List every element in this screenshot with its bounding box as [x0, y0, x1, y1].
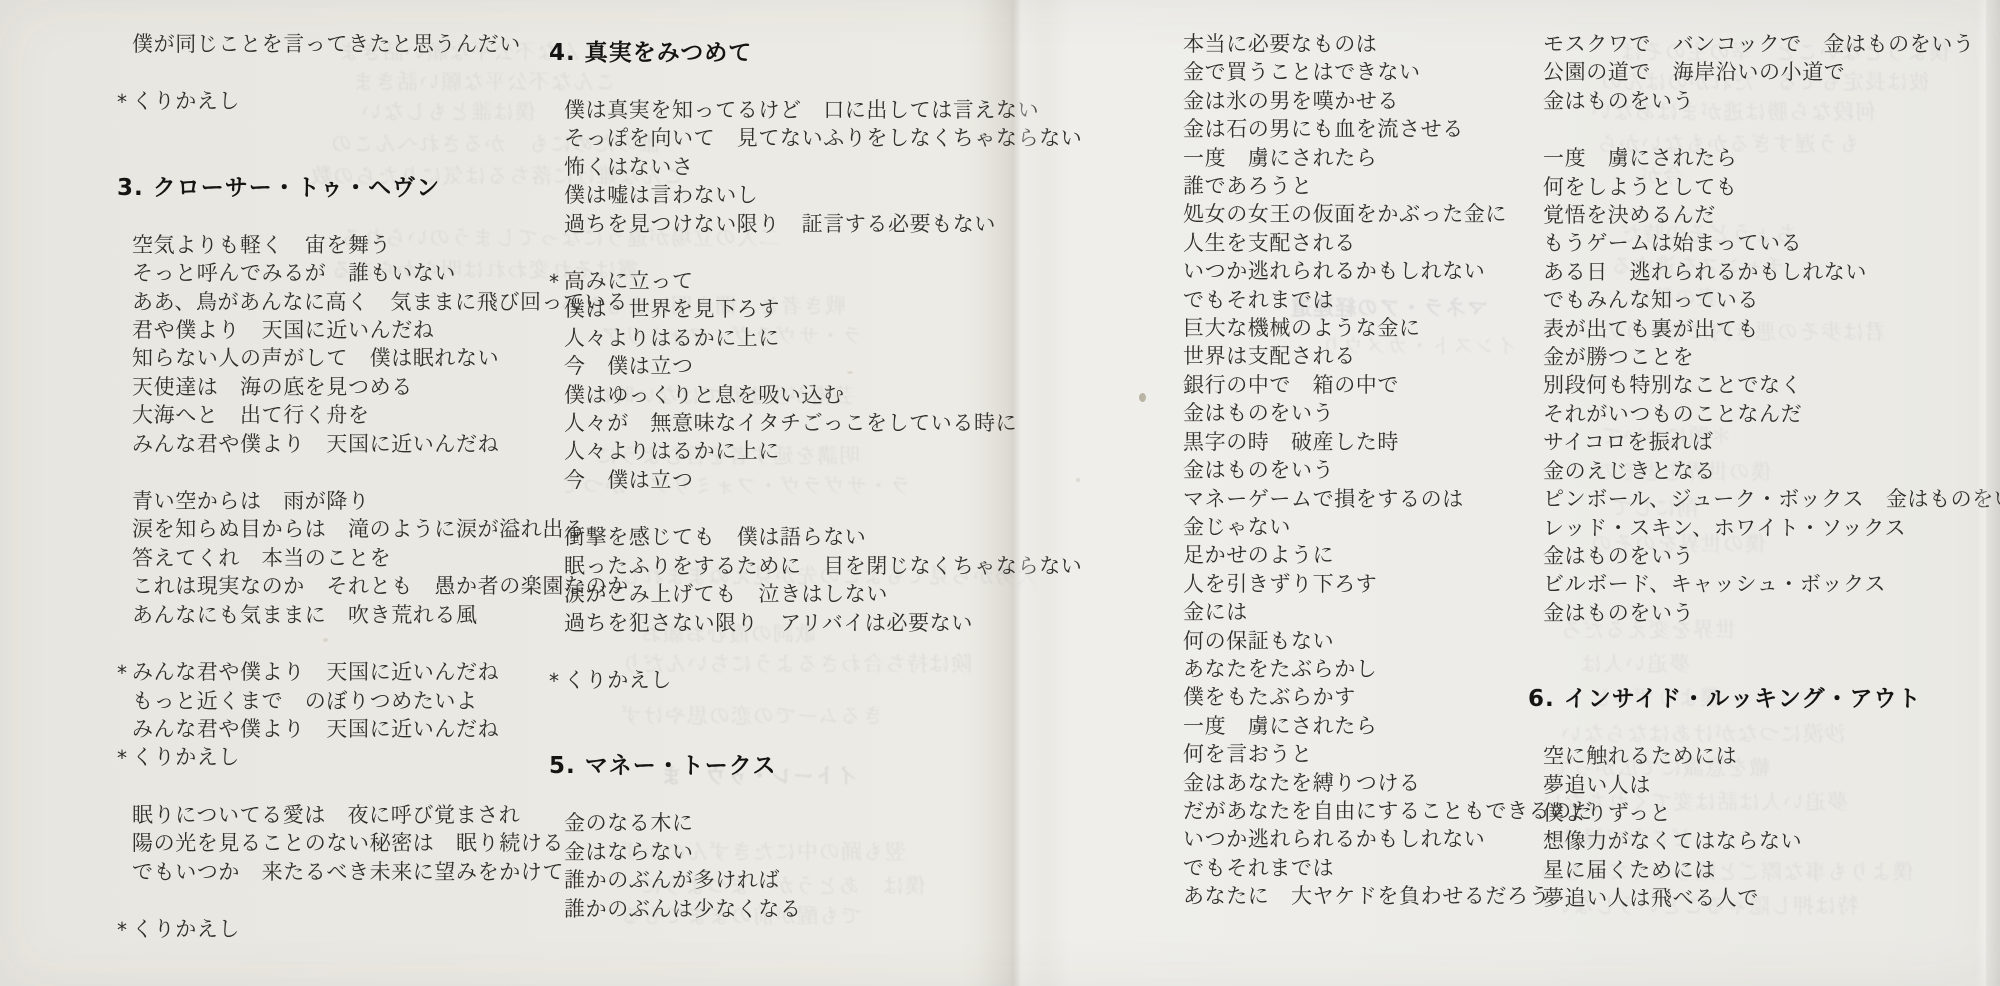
- lyric-text: 過ちを犯さない限り アリバイは必要ない: [564, 611, 973, 635]
- lyric-stanza: *くりかえし: [117, 87, 567, 115]
- lyric-line: サイコロを振れば: [1528, 428, 1993, 456]
- lyric-text: 処女の女王の仮面をかぶった金に: [1183, 202, 1507, 226]
- lyric-line: 本当に必要なものは: [1168, 30, 1558, 58]
- lyric-line: いつか逃れられるかもしれない: [1168, 257, 1558, 285]
- lyric-line: 夢追い人は飛べる人で: [1528, 884, 1993, 912]
- lyric-text: 人々よりはるかに上に: [564, 326, 780, 350]
- lyric-text: 涙がこみ上げても 泣きはしない: [564, 582, 888, 606]
- lyric-line: *くりかえし: [117, 87, 567, 115]
- lyric-text: くりかえし: [132, 89, 240, 113]
- repeat-marker: *: [549, 667, 560, 695]
- lyric-text: 答えてくれ 本当のことを: [132, 546, 391, 570]
- lyric-line: でもそれまでは: [1168, 286, 1558, 314]
- lyric-line: 何の保証もない: [1168, 627, 1558, 655]
- lyric-line: 誰かのぶんは少なくなる: [549, 895, 1019, 923]
- lyric-line: レッド・スキン、ホワイト・ソックス: [1528, 514, 1993, 542]
- lyric-line: 金は氷の男を嘆かせる: [1168, 87, 1558, 115]
- lyric-text: 夢追い人は: [1543, 773, 1651, 797]
- lyric-line: *みんな君や僕より 天国に近いんだね: [117, 658, 567, 686]
- lyric-line: あんなにも気ままに 吹き荒れる風: [117, 601, 567, 629]
- lyric-line: 金は石の男にも血を流させる: [1168, 115, 1558, 143]
- lyric-text: 僕はゆっくりと息を吸い込む: [564, 383, 845, 407]
- lyric-line: 答えてくれ 本当のことを: [117, 544, 567, 572]
- lyric-line: 大海へと 出て行く舟を: [117, 401, 567, 429]
- lyric-line: *くりかえし: [117, 915, 567, 943]
- repeat-marker: *: [117, 659, 128, 687]
- lyric-text: 銀行の中で 箱の中で: [1183, 373, 1399, 397]
- lyric-stanza: 僕は真実を知ってるけど 口に出しては言えないそっぽを向いて 見てないふりをしなく…: [549, 96, 1019, 238]
- lyric-line: 金はものをいう: [1168, 399, 1558, 427]
- lyric-text: 想像力がなくてはならない: [1543, 829, 1802, 853]
- lyric-line: 誰かのぶんが多ければ: [549, 866, 1019, 894]
- lyric-text: 空に触れるためには: [1543, 744, 1737, 768]
- lyric-text: 金のなる木に: [564, 811, 694, 835]
- lyric-text: 衝撃を感じても 僕は語らない: [564, 525, 866, 549]
- lyric-line: *くりかえし: [117, 743, 567, 771]
- lyric-text: ビルボード、キャッシュ・ボックス: [1543, 572, 1886, 596]
- lyric-line: 金はものをいう: [1528, 542, 1993, 570]
- lyric-line: あなたをたぶらかし: [1168, 655, 1558, 683]
- lyric-stanza: 金のなる木に金はならない誰かのぶんが多ければ誰かのぶんは少なくなる: [549, 809, 1019, 923]
- repeat-marker: *: [117, 744, 128, 772]
- lyric-line: ああ、鳥があんなに高く 気ままに飛び回っている: [117, 288, 567, 316]
- lyric-text: 君や僕より 天国に近いんだね: [132, 318, 434, 342]
- lyric-line: 誰であろうと: [1168, 172, 1558, 200]
- track-title: 6. インサイド・ルッキング・アウト: [1528, 656, 1993, 742]
- lyric-line: そっと呼んでみるが 誰もいない: [117, 259, 567, 287]
- lyric-text: 金はものをいう: [1183, 401, 1334, 425]
- lyric-text: 本当に必要なものは: [1183, 32, 1377, 56]
- lyric-stanza: 青い空からは 雨が降り涙を知らぬ目からは 滝のように涙が溢れ出る答えてくれ 本当…: [117, 487, 567, 629]
- lyric-text: 今 僕は立つ: [564, 354, 694, 378]
- lyric-text: もっと近くまで のぼりつめたいよ: [132, 689, 478, 713]
- lyric-line: 空気よりも軽く 宙を舞う: [117, 231, 567, 259]
- lyric-line: 知らない人の声がして 僕は眠れない: [117, 344, 567, 372]
- lyric-text: 僕をもたぶらかす: [1183, 685, 1356, 709]
- lyric-text: みんな君や僕より 天国に近いんだね: [132, 432, 499, 456]
- lyric-text: 黒字の時 破産した時: [1183, 430, 1399, 454]
- lyric-text: ピンボール、ジューク・ボックス 金はものをいう: [1543, 487, 2000, 511]
- lyric-line: 金には: [1168, 598, 1558, 626]
- lyric-text: 知らない人の声がして 僕は眠れない: [132, 346, 499, 370]
- lyric-line: 星に届くためには: [1528, 856, 1993, 884]
- lyric-line: みんな君や僕より 天国に近いんだね: [117, 715, 567, 743]
- lyric-line: 人々よりはるかに上に: [549, 437, 1019, 465]
- lyric-text: そっと呼んでみるが 誰もいない: [132, 261, 456, 285]
- lyric-stanza: モスクワで バンコックで 金はものをいう公園の道で 海岸沿いの小道で金はものをい…: [1528, 30, 1993, 115]
- lyric-text: 人々が 無意味なイタチごっこをしている時に: [564, 411, 1017, 435]
- lyric-text: 夢追い人は飛べる人で: [1543, 886, 1759, 910]
- lyric-line: 眠ったふりをするために 目を閉じなくちゃならない: [549, 552, 1019, 580]
- lyric-text: もうゲームは始まっている: [1543, 231, 1802, 255]
- lyric-text: 眠ったふりをするために 目を閉じなくちゃならない: [564, 554, 1082, 578]
- lyric-line: 空に触れるためには: [1528, 742, 1993, 770]
- lyric-line: 金はものをいう: [1168, 456, 1558, 484]
- lyric-text: 公園の道で 海岸沿いの小道で: [1543, 60, 1845, 84]
- lyric-line: そっぽを向いて 見てないふりをしなくちゃならない: [549, 124, 1019, 152]
- lyric-line: 僕はゆっくりと息を吸い込む: [549, 381, 1019, 409]
- lyric-line: 別段何も特別なことでなく: [1528, 371, 1993, 399]
- lyric-text: 金じゃない: [1183, 515, 1291, 539]
- lyric-line: 世界は支配される: [1168, 342, 1558, 370]
- lyric-line: 人生を支配される: [1168, 229, 1558, 257]
- lyric-text: 巨大な機械のような金に: [1183, 316, 1421, 340]
- lyric-stanza: 本当に必要なものは金で買うことはできない金は氷の男を嘆かせる金は石の男にも血を流…: [1168, 30, 1558, 911]
- lyric-text: 誰かのぶんは少なくなる: [564, 897, 802, 921]
- lyric-line: 金はものをいう: [1528, 599, 1993, 627]
- lyrics-column-1: 僕が同じことを言ってきたと思うんだい*くりかえし3. クローサー・トゥ・ヘヴン空…: [117, 30, 567, 972]
- lyric-line: これは現実なのか それとも 愚か者の楽園なのか: [117, 572, 567, 600]
- lyric-line: 青い空からは 雨が降り: [117, 487, 567, 515]
- lyric-line: でもみんな知っている: [1528, 286, 1993, 314]
- lyric-text: レッド・スキン、ホワイト・ソックス: [1543, 516, 1906, 540]
- lyric-text: モスクワで バンコックで 金はものをいう: [1543, 32, 1975, 56]
- lyric-text: 過ちを見つけない限り 証言する必要もない: [564, 212, 996, 236]
- lyric-text: あなたをたぶらかし: [1183, 657, 1377, 681]
- lyric-text: くりかえし: [132, 745, 240, 769]
- lyric-line: マネーゲームで損をするのは: [1168, 485, 1558, 513]
- lyric-text: 僕は 世界を見下ろす: [564, 297, 780, 321]
- lyric-text: マネーゲームで損をするのは: [1183, 487, 1464, 511]
- lyric-line: 金のなる木に: [549, 809, 1019, 837]
- repeat-marker: *: [549, 268, 560, 296]
- lyric-text: 別段何も特別なことでなく: [1543, 373, 1802, 397]
- lyric-line: ある日 逃れられるかもしれない: [1528, 258, 1993, 286]
- lyric-line: ビルボード、キャッシュ・ボックス: [1528, 570, 1993, 598]
- lyric-text: 何をしようとしても: [1543, 175, 1737, 199]
- lyric-line: *くりかえし: [549, 666, 1019, 694]
- lyrics-column-4: モスクワで バンコックで 金はものをいう公園の道で 海岸沿いの小道で金はものをい…: [1528, 30, 1993, 942]
- lyric-text: 金はならない: [564, 840, 694, 864]
- lyric-line: それがいつものことなんだ: [1528, 400, 1993, 428]
- lyric-line: でもいつか 来たるべき未来に望みをかけて: [117, 858, 567, 886]
- lyric-line: 処女の女王の仮面をかぶった金に: [1168, 200, 1558, 228]
- lyric-text: いつか逃れられるかもしれない: [1183, 259, 1485, 283]
- lyric-text: 世界は支配される: [1183, 344, 1356, 368]
- lyric-text: 僕が同じことを言ってきたと思うんだい: [132, 32, 521, 56]
- lyric-line: 金で買うことはできない: [1168, 58, 1558, 86]
- lyric-stanza: *くりかえし: [549, 666, 1019, 694]
- lyric-line: 君や僕より 天国に近いんだね: [117, 316, 567, 344]
- lyric-line: 僕をもたぶらかす: [1168, 683, 1558, 711]
- lyric-line: 金はならない: [549, 838, 1019, 866]
- lyric-text: あんなにも気ままに 吹き荒れる風: [132, 603, 478, 627]
- lyric-line: 公園の道で 海岸沿いの小道で: [1528, 58, 1993, 86]
- lyric-text: 高みに立って: [564, 269, 694, 293]
- lyric-stanza: 空に触れるためには夢追い人は僕よりずっと想像力がなくてはならない星に届くためには…: [1528, 742, 1993, 912]
- lyric-line: モスクワで バンコックで 金はものをいう: [1528, 30, 1993, 58]
- lyric-text: 何を言おうと: [1183, 742, 1313, 766]
- lyric-line: 金はあなたを縛りつける: [1168, 769, 1558, 797]
- lyric-text: 涙を知らぬ目からは 滝のように涙が溢れ出る: [132, 517, 586, 541]
- lyric-line: 僕は 世界を見下ろす: [549, 295, 1019, 323]
- repeat-marker: *: [117, 916, 128, 944]
- lyric-text: くりかえし: [564, 668, 672, 692]
- lyric-line: 人を引きずり下ろす: [1168, 570, 1558, 598]
- lyric-text: みんな君や僕より 天国に近いんだね: [132, 717, 499, 741]
- lyric-text: 何の保証もない: [1183, 629, 1334, 653]
- lyric-line: 表が出ても裏が出ても: [1528, 315, 1993, 343]
- lyric-text: 怖くはないさ: [564, 155, 694, 179]
- lyric-line: 金じゃない: [1168, 513, 1558, 541]
- lyric-text: そっぽを向いて 見てないふりをしなくちゃならない: [564, 126, 1082, 150]
- lyric-line: 覚悟を決めるんだ: [1528, 201, 1993, 229]
- lyric-stanza: *高みに立って僕は 世界を見下ろす人々よりはるかに上に今 僕は立つ僕はゆっくりと…: [549, 267, 1019, 494]
- lyric-line: 金はものをいう: [1528, 87, 1993, 115]
- lyric-text: 人生を支配される: [1183, 231, 1356, 255]
- booklet-spread: こんな不公平な願い話きまこんな不公平な願い話きま僕は誰ともしない誰のためにも か…: [0, 0, 2000, 986]
- lyric-text: 青い空からは 雨が降り: [132, 489, 370, 513]
- lyric-text: 一度 虜にされたら: [1543, 146, 1737, 170]
- lyric-text: いつか逃れられるかもしれない: [1183, 827, 1485, 851]
- lyric-text: 一度 虜にされたら: [1183, 714, 1377, 738]
- lyric-line: 金が勝つことを: [1528, 343, 1993, 371]
- lyric-text: あなたに 大ヤケドを負わせるだろう: [1183, 884, 1550, 908]
- lyric-stanza: 衝撃を感じても 僕は語らない眠ったふりをするために 目を閉じなくちゃならない涙が…: [549, 523, 1019, 637]
- lyric-text: でもみんな知っている: [1543, 288, 1759, 312]
- lyric-text: 僕は真実を知ってるけど 口に出しては言えない: [564, 98, 1039, 122]
- lyric-line: ピンボール、ジューク・ボックス 金はものをいう: [1528, 485, 1993, 513]
- lyric-line: 涙を知らぬ目からは 滝のように涙が溢れ出る: [117, 515, 567, 543]
- lyric-text: 眠りについてる愛は 夜に呼び覚まされ: [132, 803, 520, 827]
- lyric-line: みんな君や僕より 天国に近いんだね: [117, 430, 567, 458]
- lyric-line: 一度 虜にされたら: [1168, 712, 1558, 740]
- lyric-text: でもそれまでは: [1183, 856, 1334, 880]
- lyric-line: 今 僕は立つ: [549, 352, 1019, 380]
- lyric-line: 涙がこみ上げても 泣きはしない: [549, 580, 1019, 608]
- lyric-text: みんな君や僕より 天国に近いんだね: [132, 660, 499, 684]
- lyric-line: 人々が 無意味なイタチごっこをしている時に: [549, 409, 1019, 437]
- lyric-text: 金はものをいう: [1543, 601, 1694, 625]
- lyric-line: 今 僕は立つ: [549, 466, 1019, 494]
- lyric-line: 僕は真実を知ってるけど 口に出しては言えない: [549, 96, 1019, 124]
- lyric-text: 星に届くためには: [1543, 858, 1716, 882]
- lyric-line: 金のえじきとなる: [1528, 457, 1993, 485]
- lyric-line: 黒字の時 破産した時: [1168, 428, 1558, 456]
- lyric-text: 金が勝つことを: [1543, 345, 1694, 369]
- lyric-line: 過ちを見つけない限り 証言する必要もない: [549, 210, 1019, 238]
- lyric-text: でもいつか 来たるべき未来に望みをかけて: [132, 860, 564, 884]
- lyric-stanza: *くりかえし: [117, 915, 567, 943]
- lyric-line: だがあなたを自由にすることもできるのだ: [1168, 797, 1558, 825]
- lyric-line: *高みに立って: [549, 267, 1019, 295]
- lyric-text: 陽の光を見ることのない秘密は 眠り続ける: [132, 831, 564, 855]
- lyric-line: もうゲームは始まっている: [1528, 229, 1993, 257]
- lyrics-column-3: 本当に必要なものは金で買うことはできない金は氷の男を嘆かせる金は石の男にも血を流…: [1168, 30, 1558, 940]
- lyric-text: 僕よりずっと: [1543, 801, 1671, 825]
- lyric-text: 金はものをいう: [1543, 544, 1694, 568]
- lyric-line: 僕よりずっと: [1528, 799, 1993, 827]
- lyric-text: 一度 虜にされたら: [1183, 146, 1377, 170]
- lyric-text: 僕は嘘は言わないし: [564, 183, 758, 207]
- track-title: 5. マネー・トークス: [549, 723, 1019, 809]
- lyric-line: 銀行の中で 箱の中で: [1168, 371, 1558, 399]
- repeat-marker: *: [117, 88, 128, 116]
- lyric-text: 天使達は 海の底を見つめる: [132, 375, 413, 399]
- lyric-stanza: *みんな君や僕より 天国に近いんだねもっと近くまで のぼりつめたいよみんな君や僕…: [117, 658, 567, 772]
- lyric-text: 誰かのぶんが多ければ: [564, 868, 780, 892]
- lyric-text: 人を引きずり下ろす: [1183, 572, 1377, 596]
- lyric-line: 想像力がなくてはならない: [1528, 827, 1993, 855]
- lyric-line: 何を言おうと: [1168, 740, 1558, 768]
- lyric-line: いつか逃れられるかもしれない: [1168, 825, 1558, 853]
- lyric-text: 人々よりはるかに上に: [564, 439, 780, 463]
- lyric-text: 金には: [1183, 600, 1248, 624]
- lyric-text: ある日 逃れられるかもしれない: [1543, 260, 1867, 284]
- lyric-text: 金で買うことはできない: [1183, 60, 1421, 84]
- lyric-text: でもそれまでは: [1183, 288, 1334, 312]
- lyric-line: 天使達は 海の底を見つめる: [117, 373, 567, 401]
- lyrics-column-2: 4. 真実をみつめて僕は真実を知ってるけど 口に出しては言えないそっぽを向いて …: [549, 38, 1019, 952]
- lyric-line: 僕が同じことを言ってきたと思うんだい: [117, 30, 567, 58]
- lyric-line: でもそれまでは: [1168, 854, 1558, 882]
- lyric-text: 今 僕は立つ: [564, 468, 694, 492]
- lyric-text: それがいつものことなんだ: [1543, 402, 1802, 426]
- lyric-line: 衝撃を感じても 僕は語らない: [549, 523, 1019, 551]
- lyric-text: 金はものをいう: [1543, 89, 1694, 113]
- lyric-text: 金は氷の男を嘆かせる: [1183, 89, 1399, 113]
- lyric-line: 怖くはないさ: [549, 153, 1019, 181]
- lyric-text: サイコロを振れば: [1543, 430, 1714, 454]
- lyric-line: 足かせのように: [1168, 541, 1558, 569]
- lyric-line: 人々よりはるかに上に: [549, 324, 1019, 352]
- lyric-line: 一度 虜にされたら: [1168, 144, 1558, 172]
- lyric-text: 金のえじきとなる: [1543, 459, 1716, 483]
- lyric-line: 何をしようとしても: [1528, 173, 1993, 201]
- lyric-line: あなたに 大ヤケドを負わせるだろう: [1168, 882, 1558, 910]
- lyric-text: 足かせのように: [1183, 543, 1334, 567]
- lyric-line: 一度 虜にされたら: [1528, 144, 1993, 172]
- track-title: 4. 真実をみつめて: [549, 38, 1019, 96]
- lyric-text: 空気よりも軽く 宙を舞う: [132, 233, 391, 257]
- lyric-line: 陽の光を見ることのない秘密は 眠り続ける: [117, 829, 567, 857]
- lyric-line: 僕は嘘は言わないし: [549, 181, 1019, 209]
- lyric-line: 過ちを犯さない限り アリバイは必要ない: [549, 609, 1019, 637]
- track-title: 3. クローサー・トゥ・ヘヴン: [117, 145, 567, 231]
- lyric-line: 眠りについてる愛は 夜に呼び覚まされ: [117, 801, 567, 829]
- lyric-text: 表が出ても裏が出ても: [1543, 317, 1759, 341]
- lyric-text: 金は石の男にも血を流させる: [1183, 117, 1464, 141]
- lyric-line: 巨大な機械のような金に: [1168, 314, 1558, 342]
- lyric-stanza: 眠りについてる愛は 夜に呼び覚まされ陽の光を見ることのない秘密は 眠り続けるでも…: [117, 801, 567, 886]
- lyric-text: 誰であろうと: [1183, 174, 1313, 198]
- lyric-stanza: 僕が同じことを言ってきたと思うんだい: [117, 30, 567, 58]
- lyric-stanza: 一度 虜にされたら何をしようとしても覚悟を決めるんだもうゲームは始まっているある…: [1528, 144, 1993, 627]
- lyric-text: 大海へと 出て行く舟を: [132, 403, 370, 427]
- lyric-stanza: 空気よりも軽く 宙を舞うそっと呼んでみるが 誰もいないああ、鳥があんなに高く 気…: [117, 231, 567, 458]
- lyric-text: くりかえし: [132, 917, 240, 941]
- lyric-line: 夢追い人は: [1528, 771, 1993, 799]
- lyric-text: 金はものをいう: [1183, 458, 1334, 482]
- lyric-line: もっと近くまで のぼりつめたいよ: [117, 687, 567, 715]
- lyric-text: 金はあなたを縛りつける: [1183, 771, 1421, 795]
- lyric-text: 覚悟を決めるんだ: [1543, 203, 1716, 227]
